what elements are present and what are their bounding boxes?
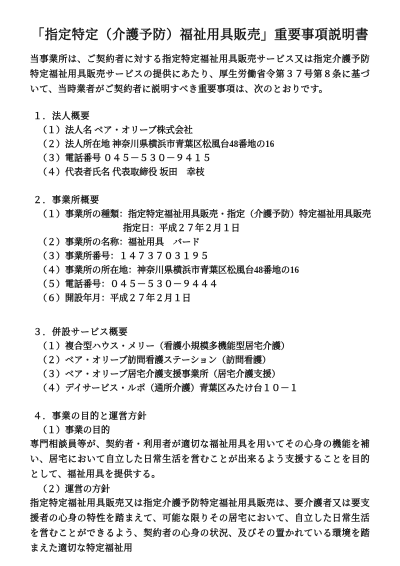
document-title: 「指定特定（介護予防）福祉用具販売」重要事項説明書 xyxy=(30,26,370,43)
paragraph-operation-policy: 指定特定福祉用具販売又は指定介護予防特定福祉用具販売は、要介護者又は要支援者の心… xyxy=(30,496,370,556)
line-office-address: （４）事業所の所在地：神奈川県横浜市青葉区松風台48番地の16 xyxy=(30,263,370,277)
line-service-dayservice-repos: （４）デイサービス・ルポ（通所介護）青葉区みたけ台１０－１ xyxy=(30,381,370,395)
section-heading-office-overview: ２．事業所概要 xyxy=(30,193,370,207)
document-page: 「指定特定（介護予防）福祉用具販売」重要事項説明書 当事業所は、ご契約者に対する… xyxy=(0,0,400,566)
line-service-houkan-station: （２）ベア・オリーブ訪問看護ステーション（訪問看護） xyxy=(30,353,370,367)
section-heading-purpose-and-policy: ４．事業の目的と運営方針 xyxy=(30,409,370,423)
line-corporate-phone: （３）電話番号 ０４５－５３０－９４１５ xyxy=(30,151,370,165)
line-office-type: （１）事業所の種類：指定特定福祉用具販売・指定（介護予防）特定福祉用具販売 xyxy=(30,207,370,221)
line-office-name: （２）事業所の名称：福祉用具 バード xyxy=(30,235,370,249)
intro-paragraph: 当事業所は、ご契約者に対する指定特定福祉用具販売サービス又は指定介護予防特定福祉… xyxy=(30,52,370,97)
line-office-opening-date: （６）開設年月：平成２７年２月１日 xyxy=(30,291,370,305)
section-corporate-overview: １．法人概要 （１）法人名 ベア・オリーブ株式会社 （２）法人所在地 神奈川県横… xyxy=(30,109,370,179)
line-corporate-address: （２）法人所在地 神奈川県横浜市青葉区松風台48番地の16 xyxy=(30,137,370,151)
section-heading-corporate-overview: １．法人概要 xyxy=(30,109,370,123)
line-designation-date: 指定日：平成２７年２月１日 xyxy=(30,221,370,235)
section-purpose-and-policy: ４．事業の目的と運営方針 （１）事業の目的 専門相談員等が、契約者・利用者が適切… xyxy=(30,409,370,556)
line-office-number: （３）事業所番号：１４７３７０３１９５ xyxy=(30,249,370,263)
paragraph-business-purpose: 専門相談員等が、契約者・利用者が適切な福祉用具を用いてその心身の機能を補い、居宅… xyxy=(30,437,370,482)
line-corporate-name: （１）法人名 ベア・オリーブ株式会社 xyxy=(30,123,370,137)
line-representative-name: （４）代表者氏名 代表取締役 坂田 幸枝 xyxy=(30,165,370,179)
line-office-phone: （５）電話番号：０４５－５３０－９４４４ xyxy=(30,277,370,291)
section-attached-services: ３．併設サービス概要 （１）複合型ハウス・メリー（看護小規模多機能型居宅介護） … xyxy=(30,325,370,395)
section-office-overview: ２．事業所概要 （１）事業所の種類：指定特定福祉用具販売・指定（介護予防）特定福… xyxy=(30,193,370,305)
line-service-merry: （１）複合型ハウス・メリー（看護小規模多機能型居宅介護） xyxy=(30,339,370,353)
subheading-business-purpose: （１）事業の目的 xyxy=(30,423,370,437)
subheading-operation-policy: （２）運営の方針 xyxy=(30,482,370,496)
line-service-kyotaku-shien: （３）ベア・オリーブ居宅介護支援事業所（居宅介護支援） xyxy=(30,367,370,381)
section-heading-attached-services: ３．併設サービス概要 xyxy=(30,325,370,339)
